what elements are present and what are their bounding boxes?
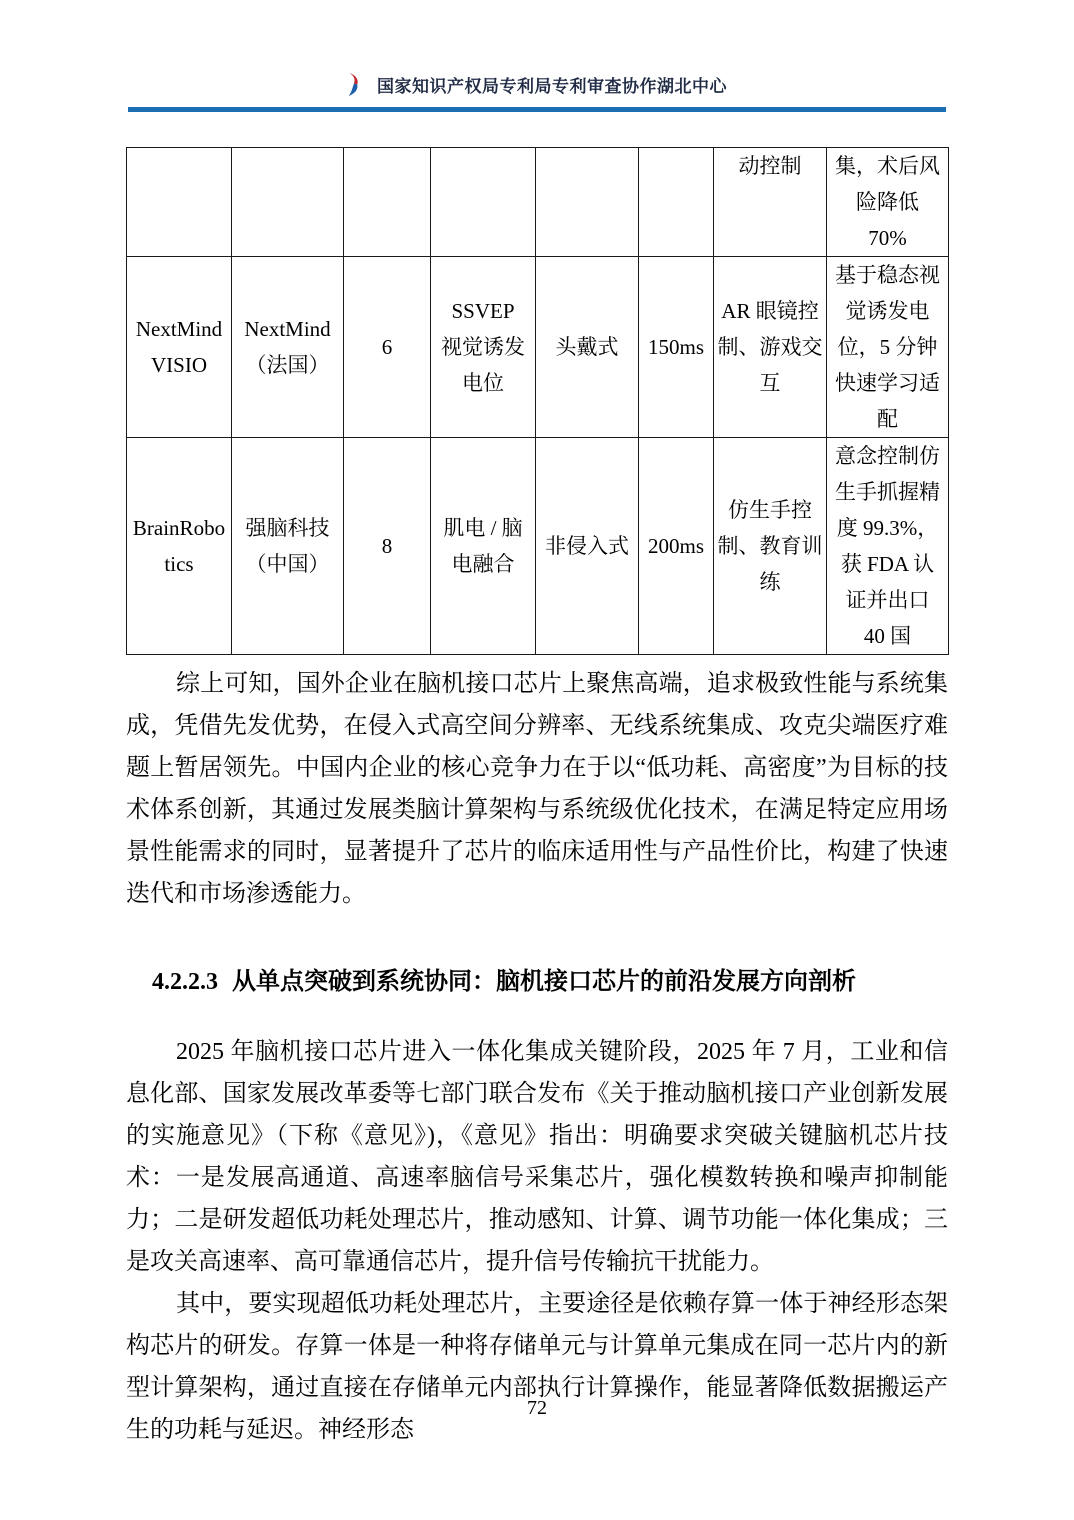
table-cell: 集，术后风 险降低 70%: [827, 148, 949, 257]
header-divider: [128, 107, 946, 112]
table-cell: [344, 148, 431, 257]
section-title: 从单点突破到系统协同：脑机接口芯片的前沿发展方向剖析: [232, 968, 856, 995]
table-cell: 强脑科技 （中国）: [232, 438, 344, 655]
table-cell: 非侵入式: [536, 438, 639, 655]
header-brand: 国家知识产权局专利局专利审查协作湖北中心: [0, 71, 1074, 98]
table-cell: 头戴式: [536, 257, 639, 438]
table-cell: [431, 148, 536, 257]
table-cell: [639, 148, 714, 257]
page-footer: 72: [0, 1394, 1074, 1422]
table-cell: 200ms: [639, 438, 714, 655]
table-cell: 150ms: [639, 257, 714, 438]
table-cell: [536, 148, 639, 257]
table-cell: 基于稳态视 觉诱发电 位，5 分钟 快速学习适 配: [827, 257, 949, 438]
table-cell: SSVEP 视觉诱发 电位: [431, 257, 536, 438]
table-cell: 意念控制仿 生手抓握精 度 99.3%， 获 FDA 认 证并出口 40 国: [827, 438, 949, 655]
table-cell: [127, 148, 232, 257]
page-number: 72: [527, 1397, 547, 1419]
table-cell: 动控制: [714, 148, 827, 257]
table-cell: NextMind （法国）: [232, 257, 344, 438]
table-cell: NextMind VISIO: [127, 257, 232, 438]
table-cell: 仿生手控 制、教育训 练: [714, 438, 827, 655]
document-page: 国家知识产权局专利局专利审查协作湖北中心 动控制 集，术后风 险降低: [0, 0, 1074, 1520]
paragraph-summary: 综上可知，国外企业在脑机接口芯片上聚焦高端，追求极致性能与系统集成，凭借先发优势…: [126, 663, 948, 915]
bci-chip-comparison-table: 动控制 集，术后风 险降低 70% NextMind VISIO NextMin…: [126, 147, 949, 655]
table-cell: AR 眼镜控 制、游戏交 互: [714, 257, 827, 438]
table-cell: 6: [344, 257, 431, 438]
header-org-title: 国家知识产权局专利局专利审查协作湖北中心: [377, 72, 727, 97]
table-row: BrainRobo tics 强脑科技 （中国） 8 肌电 / 脑 电融合 非侵…: [127, 438, 949, 655]
table-cell: BrainRobo tics: [127, 438, 232, 655]
table-cell: 肌电 / 脑 电融合: [431, 438, 536, 655]
table-cell: 8: [344, 438, 431, 655]
section-number: 4.2.2.3: [152, 969, 218, 995]
cnipa-logo-icon: [347, 73, 360, 96]
paragraph-policy: 2025 年脑机接口芯片进入一体化集成关键阶段，2025 年 7 月，工业和信息…: [126, 1031, 948, 1283]
section-heading: 4.2.2.3从单点突破到系统协同：脑机接口芯片的前沿发展方向剖析: [126, 961, 948, 1003]
page-content: 动控制 集，术后风 险降低 70% NextMind VISIO NextMin…: [126, 147, 948, 1451]
table-row: 动控制 集，术后风 险降低 70%: [127, 148, 949, 257]
table-cell: [232, 148, 344, 257]
table-row: NextMind VISIO NextMind （法国） 6 SSVEP 视觉诱…: [127, 257, 949, 438]
paragraph-approach: 其中，要实现超低功耗处理芯片，主要途径是依赖存算一体于神经形态架构芯片的研发。存…: [126, 1283, 948, 1451]
page-header: 国家知识产权局专利局专利审查协作湖北中心: [0, 0, 1074, 112]
